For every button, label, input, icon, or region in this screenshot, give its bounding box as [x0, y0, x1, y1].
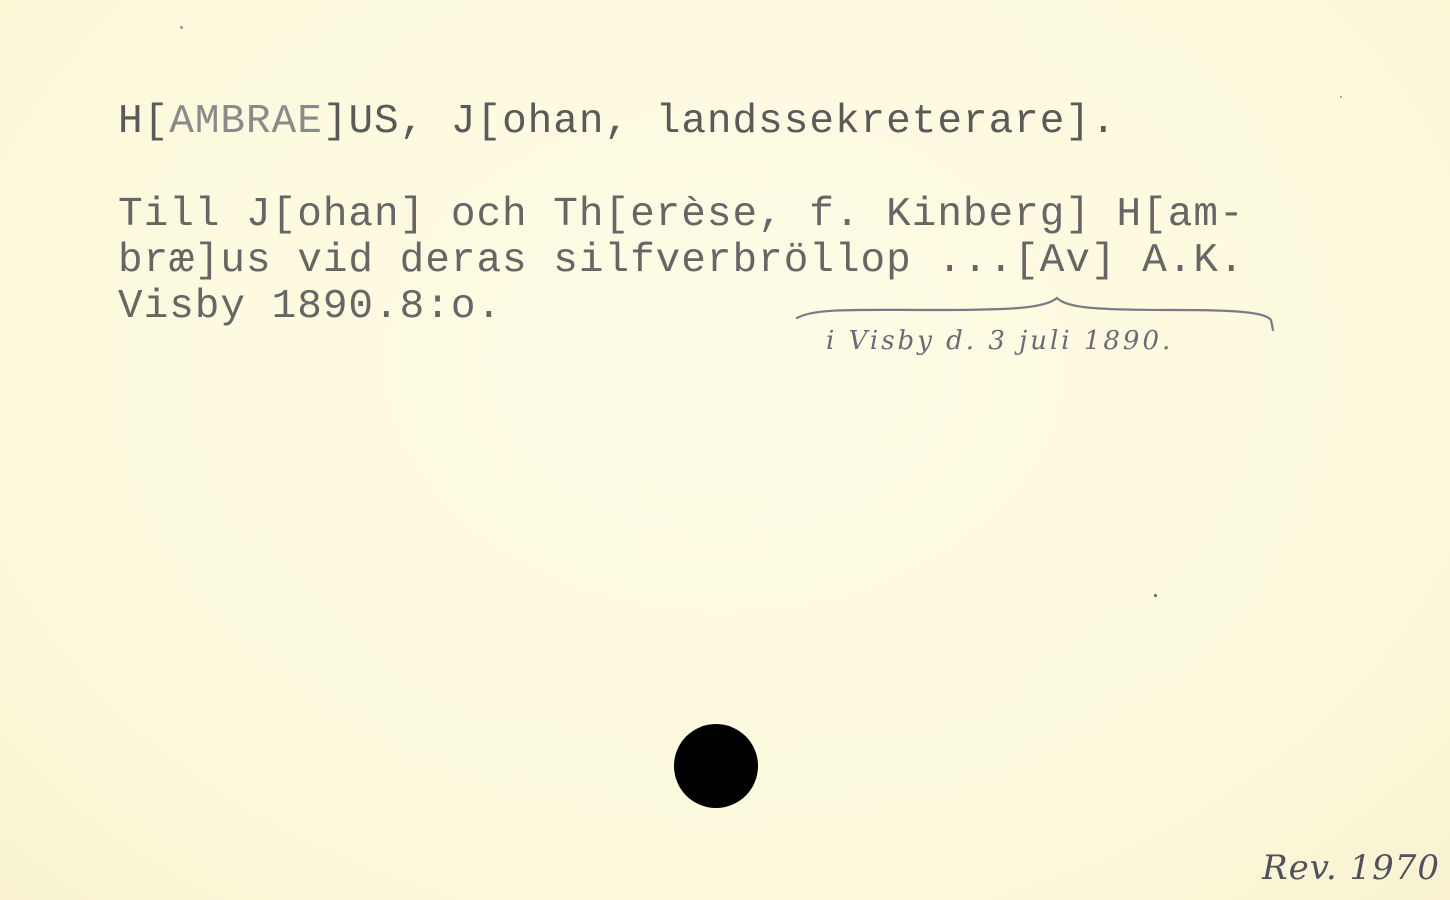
punch-hole	[674, 724, 758, 808]
body-line-1: Till J[ohan] och Th[erèse, f. Kinberg] H…	[118, 192, 1245, 238]
revision-note: Rev. 1970	[1262, 848, 1440, 888]
heading-surname-bracketed: AMBRAE	[169, 99, 323, 145]
heading-given-name: J[ohan,	[425, 99, 630, 145]
handwritten-insert: i Visby d. 3 juli 1890.	[826, 326, 1173, 356]
paper-speck	[180, 26, 183, 29]
paper-speck	[1154, 594, 1157, 597]
body-line-2: bræ]us vid deras silfverbröllop ...[Av] …	[118, 238, 1245, 284]
catalog-card: H[AMBRAE]US, J[ohan, landssekreterare]. …	[0, 0, 1450, 900]
body-line-3: Visby 1890.8:o.	[118, 284, 502, 330]
heading-surname-suffix: ]US,	[323, 99, 425, 145]
heading-surname-prefix: H[	[118, 99, 169, 145]
heading-title: landssekreterare].	[630, 99, 1116, 145]
card-heading: H[AMBRAE]US, J[ohan, landssekreterare].	[118, 96, 1117, 148]
paper-speck	[1340, 96, 1342, 98]
